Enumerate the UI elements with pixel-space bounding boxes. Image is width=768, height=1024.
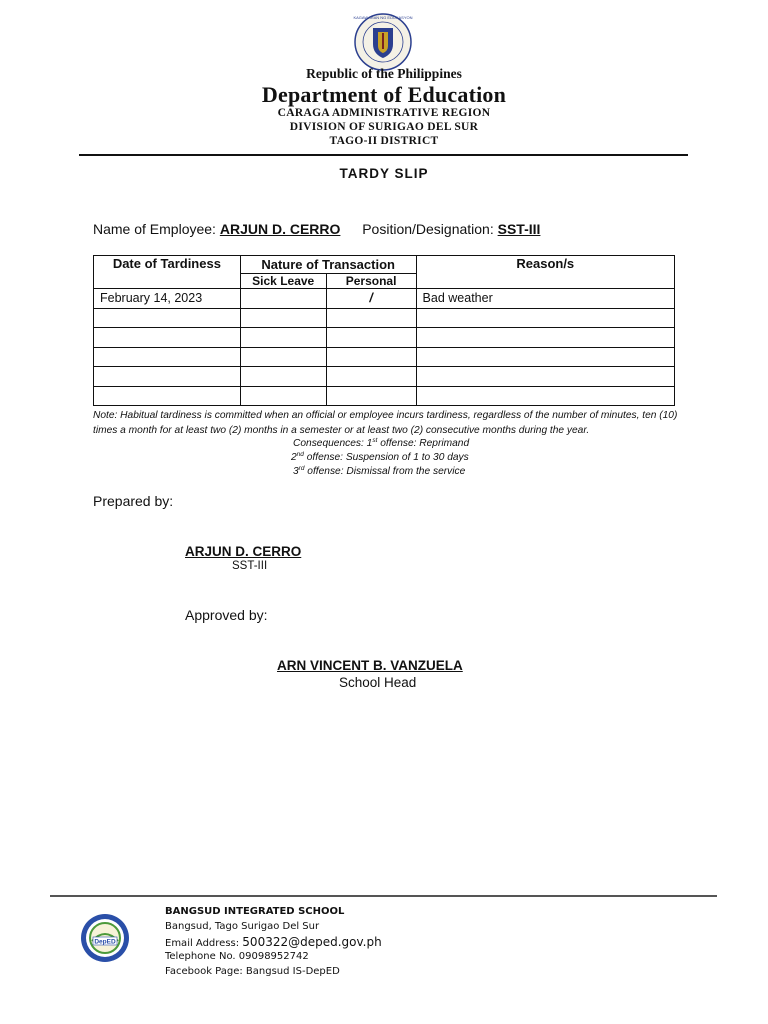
department-heading: Department of Education <box>0 82 768 108</box>
school-address: Bangsud, Tago Surigao Del Sur <box>165 921 319 932</box>
position-label: Position/Designation: <box>362 221 494 237</box>
header-reasons: Reason/s <box>416 256 674 289</box>
sick-leave-cell <box>240 386 326 406</box>
header-nature: Nature of Transaction <box>240 256 416 274</box>
school-logo-icon: DepED <box>80 909 130 967</box>
sick-leave-cell <box>240 328 326 348</box>
offense-1: Consequences: 1st offense: Reprimand <box>293 437 768 449</box>
reason-cell <box>416 328 674 348</box>
personal-cell <box>326 386 416 406</box>
consequences-label: Consequences: <box>293 438 364 449</box>
republic-heading: Republic of the Philippines <box>0 66 768 82</box>
date-cell <box>94 386 241 406</box>
reason-cell: Bad weather <box>416 289 674 309</box>
prepared-by-label: Prepared by: <box>93 493 173 509</box>
email-label: Email Address: <box>165 938 242 949</box>
tardiness-table: Date of Tardiness Nature of Transaction … <box>93 255 675 406</box>
personal-cell <box>326 308 416 328</box>
date-cell: February 14, 2023 <box>94 289 241 309</box>
date-cell <box>94 328 241 348</box>
date-cell <box>94 347 241 367</box>
table-row <box>94 308 675 328</box>
offense-2: 2nd offense: Suspension of 1 to 30 days <box>291 451 768 463</box>
prepared-by-name: ARJUN D. CERRO <box>185 544 301 559</box>
header-date: Date of Tardiness <box>94 256 241 289</box>
header-personal: Personal <box>326 274 416 289</box>
sick-leave-cell <box>240 308 326 328</box>
employee-info: Name of Employee: ARJUN D. CERRO Positio… <box>93 221 540 237</box>
table-row: February 14, 2023/Bad weather <box>94 289 675 309</box>
table-row <box>94 367 675 387</box>
sick-leave-cell <box>240 289 326 309</box>
prepared-by-position: SST-III <box>232 560 267 572</box>
approved-by-label: Approved by: <box>185 607 268 623</box>
header-divider <box>79 154 688 156</box>
svg-text:KAGAWARAN NG EDUKASYON: KAGAWARAN NG EDUKASYON <box>353 15 412 20</box>
sick-leave-cell <box>240 367 326 387</box>
reason-cell <box>416 367 674 387</box>
deped-seal-icon: KAGAWARAN NG EDUKASYON <box>351 12 415 72</box>
reason-cell <box>416 347 674 367</box>
habitual-tardiness-note: Note: Habitual tardiness is committed wh… <box>93 409 693 438</box>
personal-cell <box>326 347 416 367</box>
reason-cell <box>416 308 674 328</box>
region-heading: CARAGA ADMINISTRATIVE REGION <box>0 107 768 119</box>
employee-name-label: Name of Employee: <box>93 221 216 237</box>
approved-by-position: School Head <box>339 675 416 690</box>
school-name: BANGSUD INTEGRATED SCHOOL <box>165 906 344 917</box>
school-telephone: Telephone No. 09098952742 <box>165 951 309 962</box>
district-heading: TAGO-II DISTRICT <box>0 135 768 147</box>
date-cell <box>94 308 241 328</box>
personal-cell <box>326 367 416 387</box>
svg-text:DepED: DepED <box>94 939 116 946</box>
position-value: SST-III <box>498 221 541 237</box>
personal-cell <box>326 328 416 348</box>
date-cell <box>94 367 241 387</box>
document-title: TARDY SLIP <box>0 166 768 181</box>
offense-3: 3rd offense: Dismissal from the service <box>293 465 768 477</box>
reason-cell <box>416 386 674 406</box>
table-row <box>94 328 675 348</box>
sick-leave-cell <box>240 347 326 367</box>
personal-cell: / <box>326 289 416 309</box>
school-facebook: Facebook Page: Bangsud IS-DepED <box>165 966 340 977</box>
header-sick-leave: Sick Leave <box>240 274 326 289</box>
table-row <box>94 347 675 367</box>
table-row <box>94 386 675 406</box>
approved-by-name: ARN VINCENT B. VANZUELA <box>277 658 463 673</box>
division-heading: DIVISION OF SURIGAO DEL SUR <box>0 121 768 133</box>
footer-divider <box>50 895 717 897</box>
email-value[interactable]: 500322@deped.gov.ph <box>242 935 381 949</box>
employee-name-value: ARJUN D. CERRO <box>220 221 341 237</box>
school-email: Email Address: 500322@deped.gov.ph <box>165 935 382 949</box>
